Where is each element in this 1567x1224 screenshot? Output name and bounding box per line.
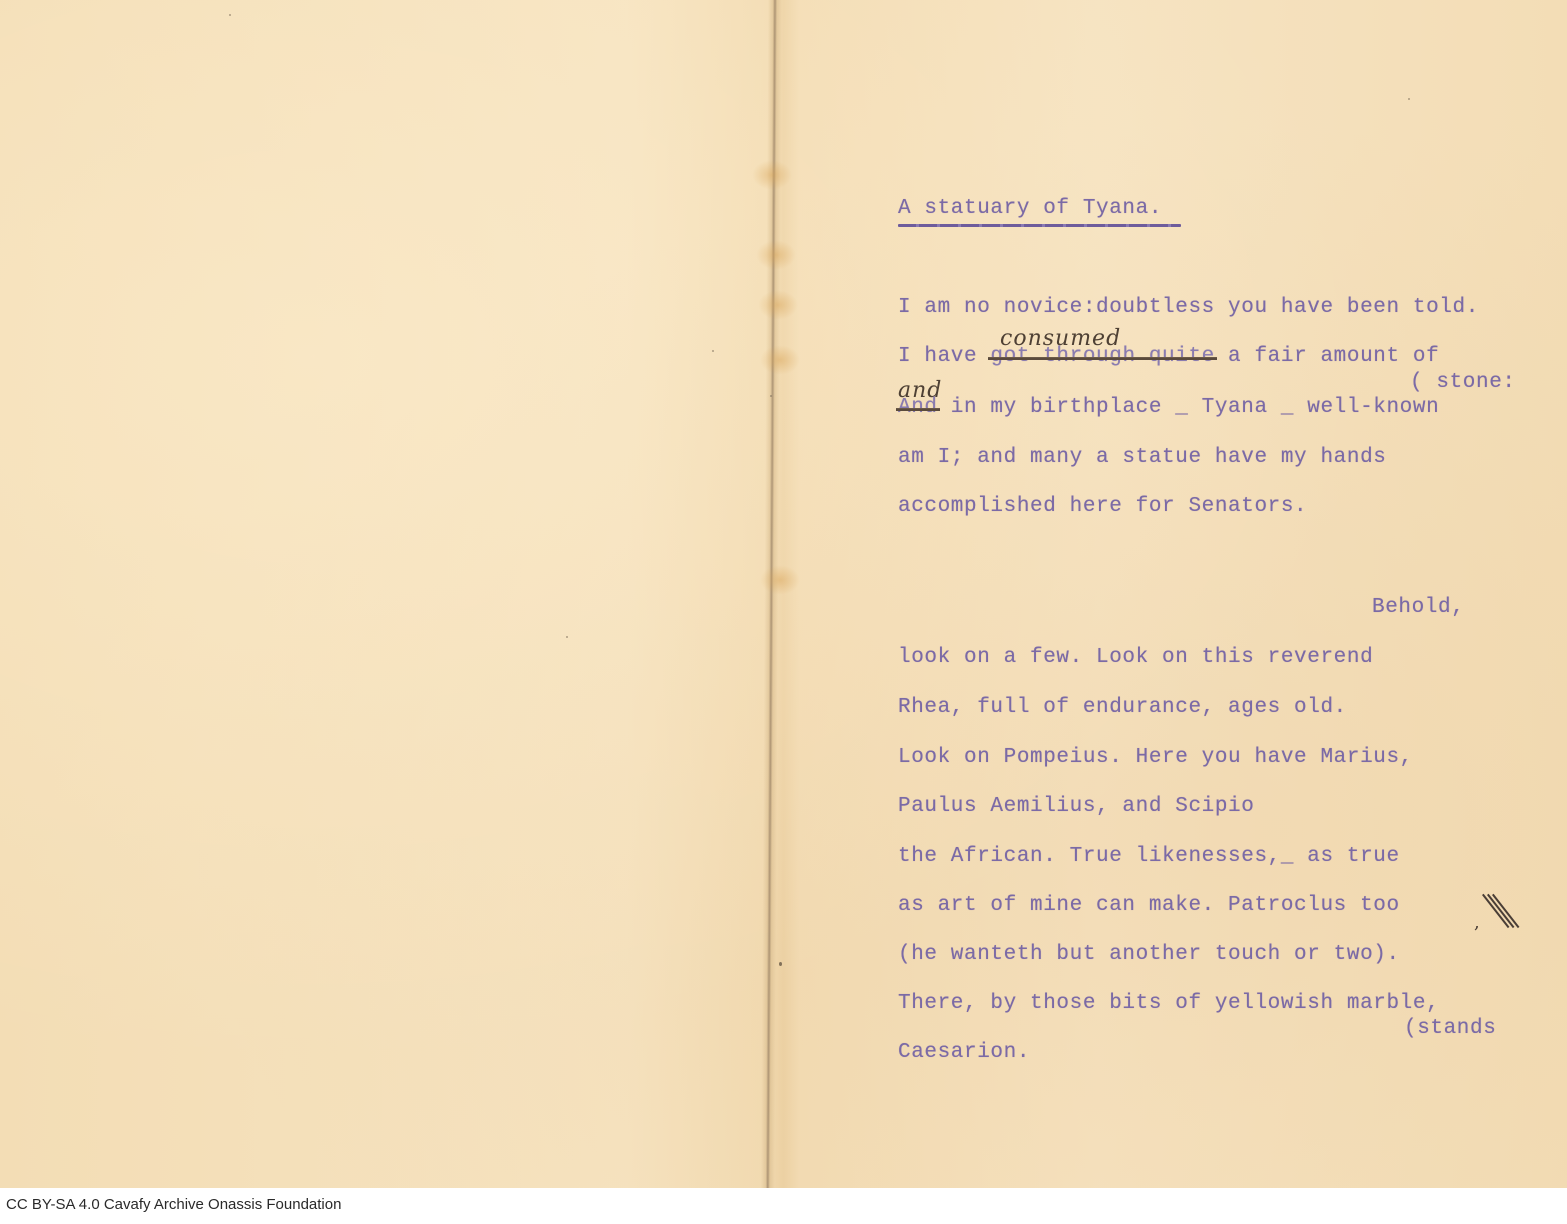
poem-line: look on a few. Look on this reverend — [898, 647, 1373, 668]
paper-speck — [779, 962, 782, 966]
poem-line: (he wanteth but another touch or two). — [898, 944, 1400, 965]
poem-line: Rhea, full of endurance, ages old. — [898, 697, 1347, 718]
slash-stroke — [1487, 894, 1514, 928]
poem-line-corrected: I have got through quite a fair amount o… — [898, 346, 1439, 367]
paper-speck — [770, 395, 772, 397]
poem-line: Caesarion. — [898, 1042, 1030, 1063]
poem-line: Behold, — [1372, 597, 1464, 618]
fold-stain — [756, 240, 796, 270]
poem-line: There, by those bits of yellowish marble… — [898, 993, 1439, 1014]
struck-text: got through quite — [990, 345, 1214, 368]
poem-line: I am no novice:doubtless you have been t… — [898, 297, 1479, 318]
poem-line: accomplished here for Senators. — [898, 496, 1307, 517]
poem-title: A statuary of Tyana. — [898, 198, 1162, 219]
poem-line-corrected: And in my birthplace _ Tyana _ well-know… — [898, 397, 1439, 418]
handwritten-margin-mark — [1480, 895, 1514, 935]
poem-line-continuation: (stands — [1404, 1018, 1496, 1039]
fold-stain — [760, 345, 800, 375]
poem-line: Paulus Aemilius, and Scipio — [898, 796, 1254, 817]
line-prefix: I have — [898, 345, 990, 368]
license-credit: CC BY-SA 4.0 Cavafy Archive Onassis Foun… — [6, 1196, 341, 1213]
scanned-document: A statuary of Tyana. I am no novice:doub… — [0, 0, 1567, 1188]
fold-stain — [760, 565, 800, 595]
poem-line: the African. True likenesses,_ as true — [898, 846, 1400, 867]
poem-line-continuation: ( stone: — [1410, 372, 1516, 393]
poem-line: as art of mine can make. Patroclus too — [898, 895, 1400, 916]
paper-speck — [712, 350, 714, 352]
line-suffix: in my birthplace _ Tyana _ well-known — [938, 396, 1440, 419]
left-page-blank — [0, 0, 770, 1188]
fold-stain — [758, 290, 798, 320]
struck-text: And — [898, 396, 938, 419]
poem-line: Look on Pompeius. Here you have Marius, — [898, 747, 1413, 768]
paper-speck — [566, 636, 568, 638]
title-underline — [898, 224, 1181, 227]
line-suffix: a fair amount of — [1215, 345, 1439, 368]
handwritten-comma: , — [1474, 912, 1480, 933]
poem-line: am I; and many a statue have my hands — [898, 447, 1386, 468]
fold-stain — [752, 160, 792, 190]
paper-speck — [229, 14, 231, 16]
paper-speck — [1408, 98, 1410, 100]
